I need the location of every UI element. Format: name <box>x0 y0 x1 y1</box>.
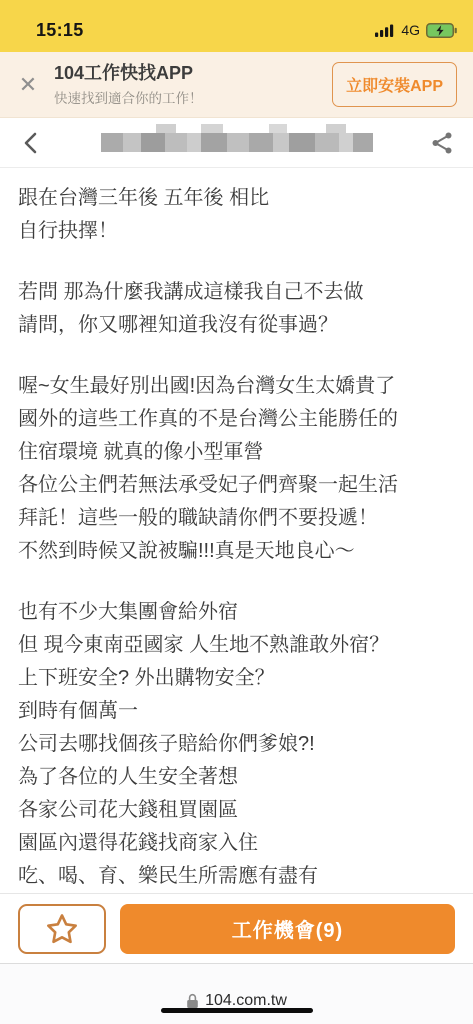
paragraph: 也有不少大集團會給外宿但 現今東南亞國家 人生地不熟誰敢外宿？上下班安全? 外出… <box>18 596 455 893</box>
pixelated-title-blur <box>101 133 373 152</box>
text-line: 不然到時候又說被騙!!!真是天地良心～ <box>18 535 455 568</box>
job-openings-button[interactable]: 工作機會(9) <box>120 904 455 954</box>
bottom-action-bar: 工作機會(9) <box>0 893 473 963</box>
clock: 15:15 <box>36 20 84 41</box>
page-title-redacted <box>48 133 425 152</box>
signal-strength-icon <box>375 24 395 37</box>
text-line: 若問 那為什麼我講成這樣我自己不去做 <box>18 276 455 309</box>
app-install-banner: ✕ 104工作快找APP 快速找到適合你的工作！ 立即安裝APP <box>0 52 473 118</box>
save-favorite-button[interactable] <box>18 904 106 954</box>
home-indicator[interactable] <box>161 1008 313 1013</box>
paragraph: 喔~女生最好別出國!因為台灣女生太嬌貴了國外的這些工作真的不是台灣公主能勝任的住… <box>18 370 455 568</box>
star-icon <box>45 913 79 945</box>
text-line: 到時有個萬一 <box>18 695 455 728</box>
banner-subtitle: 快速找到適合你的工作！ <box>54 87 320 107</box>
text-line: 但 現今東南亞國家 人生地不熟誰敢外宿？ <box>18 629 455 662</box>
lock-icon <box>186 993 199 1009</box>
status-bar: 15:15 4G <box>0 0 473 52</box>
banner-text: 104工作快找APP 快速找到適合你的工作！ <box>54 62 320 108</box>
paragraph: 跟在台灣三年後 五年後 相比自行抉擇！ <box>18 182 455 248</box>
text-line: 各家公司花大錢租買園區 <box>18 794 455 827</box>
banner-title: 104工作快找APP <box>54 62 320 85</box>
battery-charging-icon <box>426 23 457 38</box>
browser-url-bar[interactable]: 104.com.tw <box>0 963 473 1024</box>
text-line: 喔~女生最好別出國!因為台灣女生太嬌貴了 <box>18 370 455 403</box>
text-line: 請問，你又哪裡知道我沒有從事過？ <box>18 309 455 342</box>
network-type-label: 4G <box>401 22 420 38</box>
text-line: 跟在台灣三年後 五年後 相比 <box>18 182 455 215</box>
text-line: 為了各位的人生安全著想 <box>18 761 455 794</box>
text-line: 各位公主們若無法承受妃子們齊聚一起生活 <box>18 469 455 502</box>
install-app-button[interactable]: 立即安裝APP <box>332 62 457 107</box>
job-post-description: 跟在台灣三年後 五年後 相比自行抉擇！若問 那為什麼我講成這樣我自己不去做請問，… <box>0 168 473 893</box>
nav-bar <box>0 118 473 168</box>
back-chevron-icon[interactable] <box>14 126 48 160</box>
text-line: 吃、喝、育、樂民生所需應有盡有 <box>18 860 455 893</box>
url-domain: 104.com.tw <box>205 992 287 1010</box>
text-line: 園區內還得花錢找商家入住 <box>18 827 455 860</box>
share-icon[interactable] <box>425 126 459 160</box>
text-line: 拜託！這些一般的職缺請你們不要投遞！ <box>18 502 455 535</box>
paragraph: 若問 那為什麼我講成這樣我自己不去做請問，你又哪裡知道我沒有從事過？ <box>18 276 455 342</box>
close-icon[interactable]: ✕ <box>14 74 42 96</box>
phone-screen: 15:15 4G ✕ 104工作快找 <box>0 0 473 1024</box>
text-line: 自行抉擇！ <box>18 215 455 248</box>
text-line: 公司去哪找個孩子賠給你們爹娘?! <box>18 728 455 761</box>
text-line: 住宿環境 就真的像小型軍營 <box>18 436 455 469</box>
text-line: 上下班安全? 外出購物安全？ <box>18 662 455 695</box>
text-line: 國外的這些工作真的不是台灣公主能勝任的 <box>18 403 455 436</box>
text-line: 也有不少大集團會給外宿 <box>18 596 455 629</box>
